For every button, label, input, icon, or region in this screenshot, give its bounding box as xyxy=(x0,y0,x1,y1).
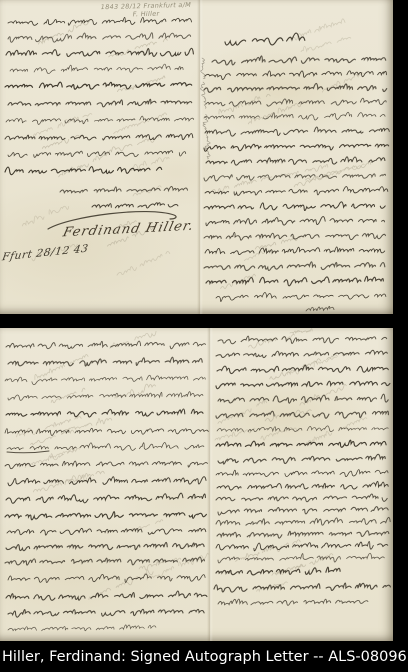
letter-page-spread xyxy=(0,328,393,641)
pencil-inscription: 1843 28/12 Frankfurt a/M F. Hiller xyxy=(88,0,204,19)
scan-bottom-spread xyxy=(0,328,408,641)
fold-crease xyxy=(197,0,203,314)
letter-viewer: 1843 28/12 Frankfurt a/M F. Hiller Ferdi… xyxy=(0,0,408,672)
scan-top-spread xyxy=(0,0,408,314)
letter-page-spread xyxy=(0,0,393,314)
caption-text: Hiller, Ferdinand: Signed Autograph Lett… xyxy=(0,649,408,665)
caption-bar: Hiller, Ferdinand: Signed Autograph Lett… xyxy=(0,641,408,672)
fold-crease xyxy=(207,328,213,641)
